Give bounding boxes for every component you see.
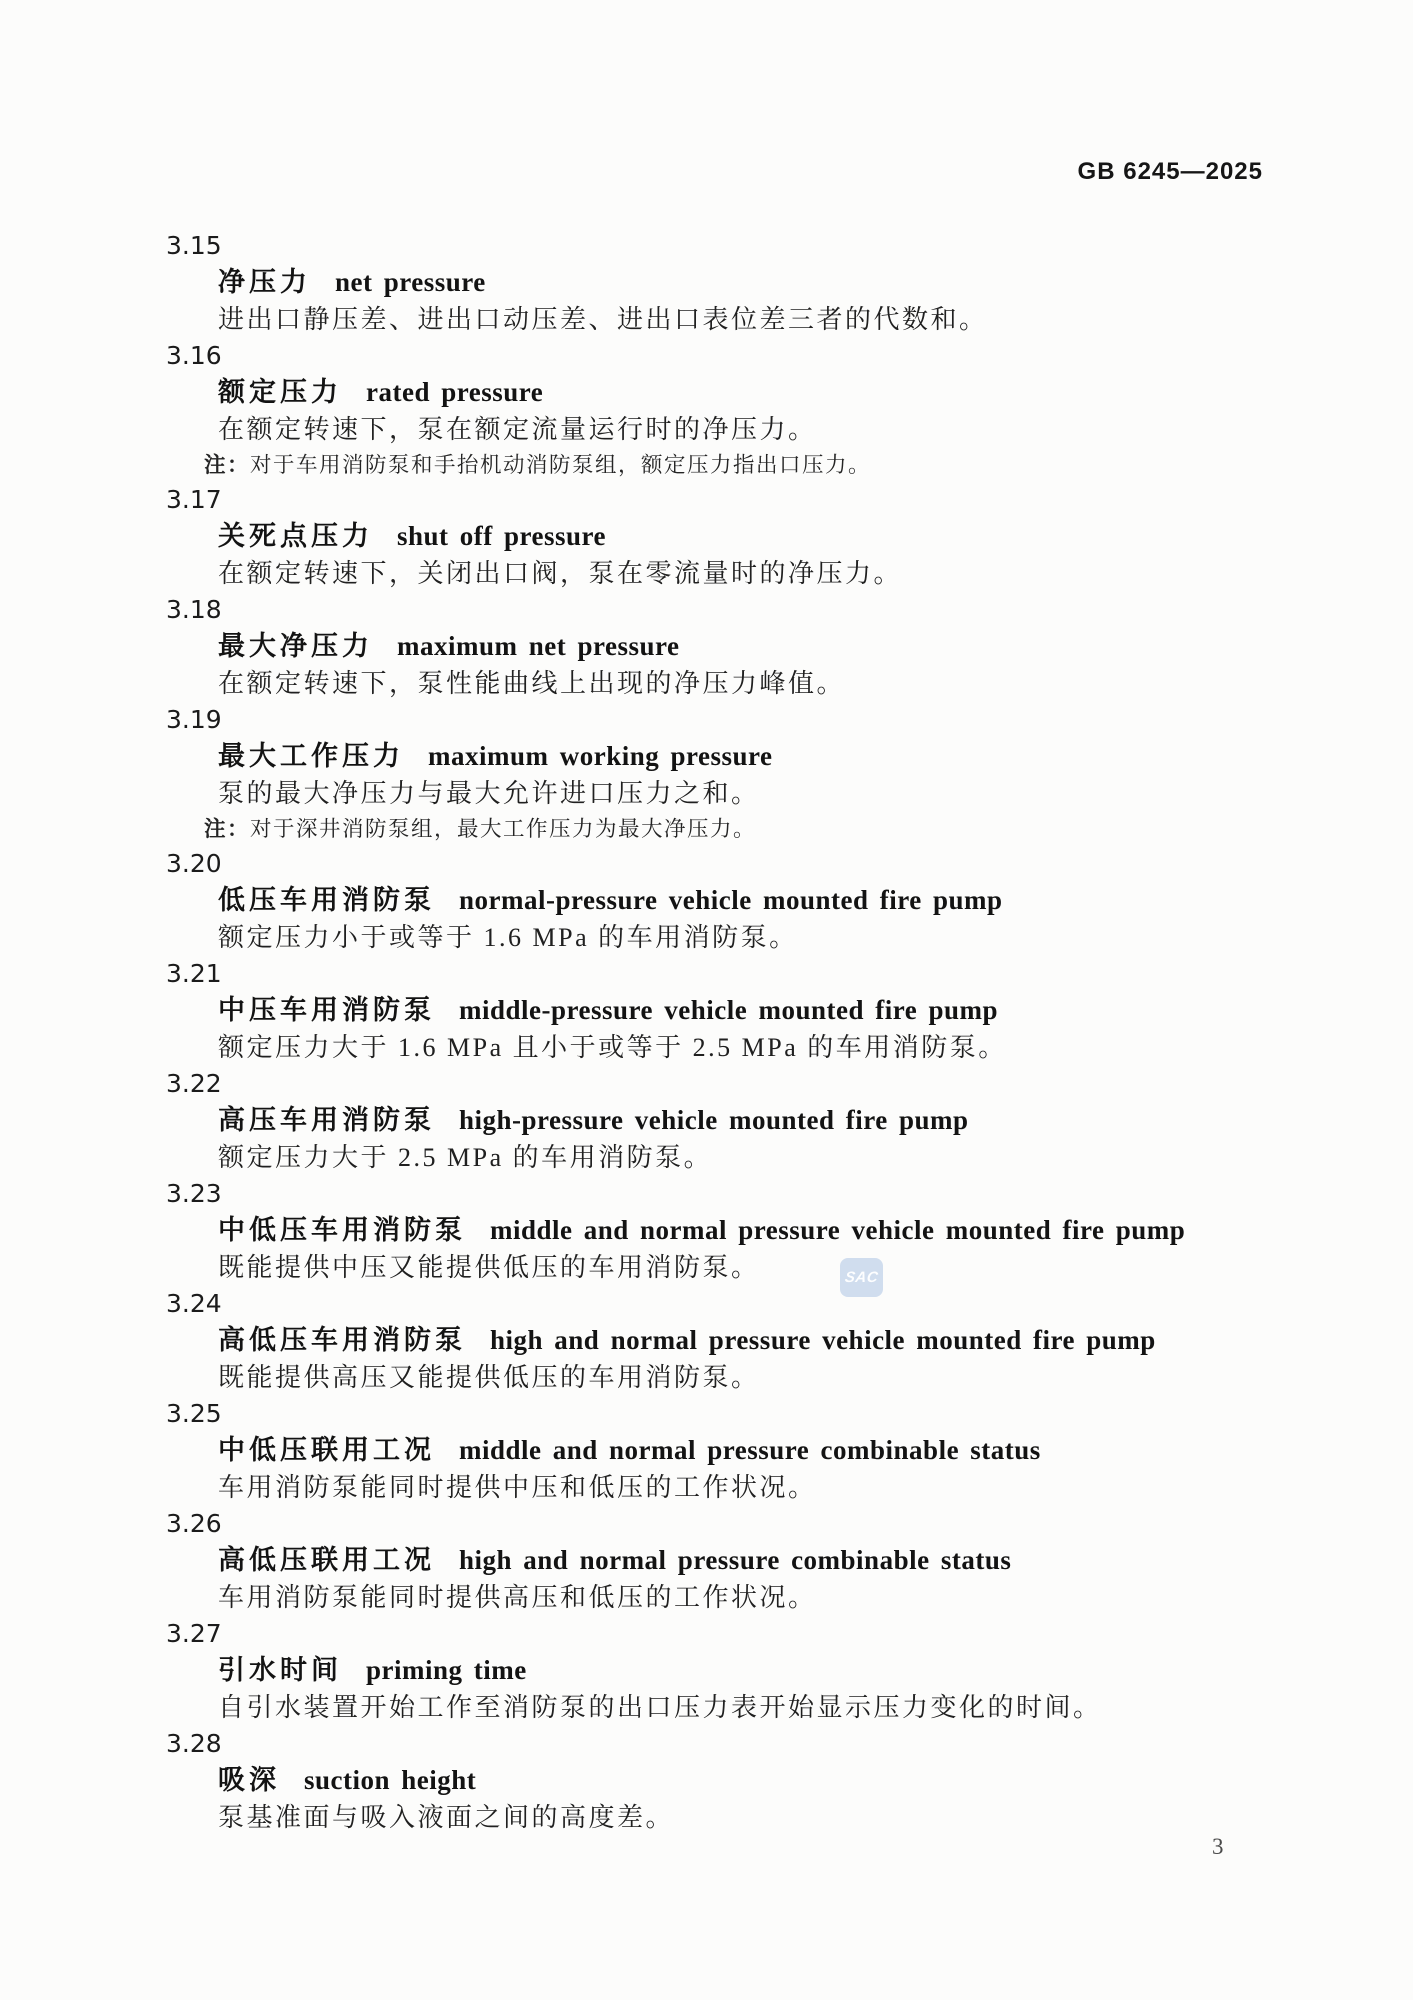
section-number: 3.18 (166, 592, 1276, 628)
term-chinese: 中低压联用工况 (218, 1435, 435, 1465)
term-definition: 额定压力大于 2.5 MPa 的车用消防泵。 (166, 1139, 1276, 1176)
term-section: 3.15 净压力net pressure 进出口静压差、进出口动压差、进出口表位… (166, 228, 1276, 338)
term-english: normal-pressure vehicle mounted fire pum… (459, 885, 1003, 915)
terms-and-definitions-list: 3.15 净压力net pressure 进出口静压差、进出口动压差、进出口表位… (166, 228, 1276, 1836)
term-definition: 在额定转速下，泵在额定流量运行时的净压力。 (166, 411, 1276, 448)
section-number: 3.15 (166, 228, 1276, 264)
term-definition: 泵基准面与吸入液面之间的高度差。 (166, 1799, 1276, 1836)
section-number: 3.26 (166, 1506, 1276, 1542)
term-note: 注：对于车用消防泵和手抬机动消防泵组，额定压力指出口压力。 (166, 448, 1276, 482)
term-definition: 额定压力大于 1.6 MPa 且小于或等于 2.5 MPa 的车用消防泵。 (166, 1029, 1276, 1066)
term-definition: 车用消防泵能同时提供中压和低压的工作状况。 (166, 1469, 1276, 1506)
term-chinese: 高压车用消防泵 (218, 1105, 435, 1135)
term-english: middle and normal pressure combinable st… (459, 1435, 1041, 1465)
section-number: 3.27 (166, 1616, 1276, 1652)
term-chinese: 吸深 (218, 1765, 280, 1795)
term-definition: 既能提供中压又能提供低压的车用消防泵。 (166, 1249, 1276, 1286)
section-number: 3.21 (166, 956, 1276, 992)
term-line: 关死点压力shut off pressure (166, 518, 1276, 555)
term-section: 3.16 额定压力rated pressure 在额定转速下，泵在额定流量运行时… (166, 338, 1276, 482)
term-section: 3.26 高低压联用工况high and normal pressure com… (166, 1506, 1276, 1616)
term-definition: 自引水装置开始工作至消防泵的出口压力表开始显示压力变化的时间。 (166, 1689, 1276, 1726)
term-section: 3.28 吸深suction height 泵基准面与吸入液面之间的高度差。 (166, 1726, 1276, 1836)
standard-number-header: GB 6245—2025 (1078, 158, 1263, 186)
term-section: 3.23 中低压车用消防泵middle and normal pressure … (166, 1176, 1276, 1286)
term-line: 低压车用消防泵normal-pressure vehicle mounted f… (166, 882, 1276, 919)
term-chinese: 引水时间 (218, 1655, 342, 1685)
term-line: 中低压联用工况middle and normal pressure combin… (166, 1432, 1276, 1469)
term-line: 最大工作压力maximum working pressure (166, 738, 1276, 775)
term-definition: 进出口静压差、进出口动压差、进出口表位差三者的代数和。 (166, 301, 1276, 338)
term-chinese: 中压车用消防泵 (218, 995, 435, 1025)
term-english: middle-pressure vehicle mounted fire pum… (459, 995, 998, 1025)
term-chinese: 低压车用消防泵 (218, 885, 435, 915)
term-line: 吸深suction height (166, 1762, 1276, 1799)
section-number: 3.22 (166, 1066, 1276, 1102)
term-line: 中压车用消防泵middle-pressure vehicle mounted f… (166, 992, 1276, 1029)
term-chinese: 高低压车用消防泵 (218, 1325, 466, 1355)
term-english: priming time (366, 1655, 527, 1685)
term-line: 最大净压力maximum net pressure (166, 628, 1276, 665)
term-section: 3.20 低压车用消防泵normal-pressure vehicle moun… (166, 846, 1276, 956)
term-section: 3.18 最大净压力maximum net pressure 在额定转速下，泵性… (166, 592, 1276, 702)
term-definition: 泵的最大净压力与最大允许进口压力之和。 (166, 775, 1276, 812)
term-line: 额定压力rated pressure (166, 374, 1276, 411)
term-english: high and normal pressure combinable stat… (459, 1545, 1011, 1575)
term-note: 注：对于深井消防泵组，最大工作压力为最大净压力。 (166, 812, 1276, 846)
term-section: 3.22 高压车用消防泵high-pressure vehicle mounte… (166, 1066, 1276, 1176)
section-number: 3.25 (166, 1396, 1276, 1432)
term-english: rated pressure (366, 377, 543, 407)
term-english: maximum working pressure (428, 741, 773, 771)
section-number: 3.17 (166, 482, 1276, 518)
term-definition: 在额定转速下，关闭出口阀，泵在零流量时的净压力。 (166, 555, 1276, 592)
term-english: suction height (304, 1765, 476, 1795)
term-section: 3.17 关死点压力shut off pressure 在额定转速下，关闭出口阀… (166, 482, 1276, 592)
term-chinese: 最大工作压力 (218, 741, 404, 771)
document-page: GB 6245—2025 3.15 净压力net pressure 进出口静压差… (0, 0, 1413, 2000)
section-number: 3.16 (166, 338, 1276, 374)
term-line: 中低压车用消防泵middle and normal pressure vehic… (166, 1212, 1276, 1249)
term-chinese: 中低压车用消防泵 (218, 1215, 466, 1245)
section-number: 3.23 (166, 1176, 1276, 1212)
term-english: maximum net pressure (397, 631, 680, 661)
term-english: shut off pressure (397, 521, 606, 551)
term-chinese: 额定压力 (218, 377, 342, 407)
term-english: middle and normal pressure vehicle mount… (490, 1215, 1185, 1245)
term-section: 3.19 最大工作压力maximum working pressure 泵的最大… (166, 702, 1276, 846)
term-definition: 既能提供高压又能提供低压的车用消防泵。 (166, 1359, 1276, 1396)
term-chinese: 关死点压力 (218, 521, 373, 551)
section-number: 3.19 (166, 702, 1276, 738)
term-definition: 在额定转速下，泵性能曲线上出现的净压力峰值。 (166, 665, 1276, 702)
term-chinese: 最大净压力 (218, 631, 373, 661)
term-definition: 车用消防泵能同时提供高压和低压的工作状况。 (166, 1579, 1276, 1616)
term-chinese: 高低压联用工况 (218, 1545, 435, 1575)
section-number: 3.28 (166, 1726, 1276, 1762)
term-line: 高低压联用工况high and normal pressure combinab… (166, 1542, 1276, 1579)
term-english: high and normal pressure vehicle mounted… (490, 1325, 1156, 1355)
term-line: 引水时间priming time (166, 1652, 1276, 1689)
section-number: 3.24 (166, 1286, 1276, 1322)
term-definition: 额定压力小于或等于 1.6 MPa 的车用消防泵。 (166, 919, 1276, 956)
term-line: 净压力net pressure (166, 264, 1276, 301)
term-section: 3.21 中压车用消防泵middle-pressure vehicle moun… (166, 956, 1276, 1066)
term-section: 3.24 高低压车用消防泵high and normal pressure ve… (166, 1286, 1276, 1396)
term-section: 3.27 引水时间priming time 自引水装置开始工作至消防泵的出口压力… (166, 1616, 1276, 1726)
page-number: 3 (1212, 1834, 1224, 1860)
section-number: 3.20 (166, 846, 1276, 882)
term-chinese: 净压力 (218, 267, 311, 297)
term-english: high-pressure vehicle mounted fire pump (459, 1105, 969, 1135)
term-line: 高压车用消防泵high-pressure vehicle mounted fir… (166, 1102, 1276, 1139)
term-line: 高低压车用消防泵high and normal pressure vehicle… (166, 1322, 1276, 1359)
term-section: 3.25 中低压联用工况middle and normal pressure c… (166, 1396, 1276, 1506)
term-english: net pressure (335, 267, 486, 297)
